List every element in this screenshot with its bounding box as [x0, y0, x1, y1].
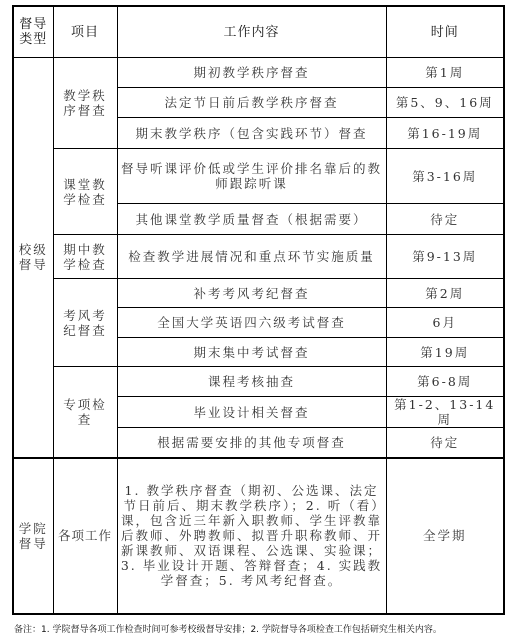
header-time: 时间: [386, 6, 504, 58]
content-cell: 课程考核抽查: [117, 367, 386, 397]
time-cell: 第16-19周: [386, 118, 504, 149]
content-cell: 全国大学英语四六级考试督查: [117, 308, 386, 338]
time-cell: 6月: [386, 308, 504, 338]
content-cell: 检查教学进展情况和重点环节实施质量: [117, 235, 386, 279]
content-cell: 1. 教学秩序督查（期初、公选课、法定节日前后、期末教学秩序）；2. 听（看）课…: [117, 458, 386, 614]
header-type: 督导类型: [13, 6, 53, 58]
time-cell: 第9-13周: [386, 235, 504, 279]
supervision-schedule-table: 督导类型 项目 工作内容 时间 校级督导 教学秩序督查 期初教学秩序督查 第1周…: [12, 5, 505, 615]
table-header-row: 督导类型 项目 工作内容 时间: [13, 6, 504, 58]
footnote: 备注：1. 学院督导各项工作检查时间可参考校级督导安排；2. 学院督导各项检查工…: [14, 622, 442, 635]
content-cell: 期初教学秩序督查: [117, 58, 386, 88]
time-cell: 第3-16周: [386, 149, 504, 204]
item-cell: 各项工作: [53, 458, 117, 614]
time-cell: 全学期: [386, 458, 504, 614]
college-type-cell: 学院督导: [13, 458, 53, 614]
time-cell: 待定: [386, 204, 504, 235]
time-cell: 第19周: [386, 338, 504, 367]
school-type-cell: 校级督导: [13, 58, 53, 458]
table-row: 期中教学检查 检查教学进展情况和重点环节实施质量 第9-13周: [13, 235, 504, 279]
header-content: 工作内容: [117, 6, 386, 58]
content-cell: 督导听课评价低或学生评价排名靠后的教师跟踪听课: [117, 149, 386, 204]
header-item: 项目: [53, 6, 117, 58]
table-row-college: 学院督导 各项工作 1. 教学秩序督查（期初、公选课、法定节日前后、期末教学秩序…: [13, 458, 504, 614]
content-cell: 其他课堂教学质量督查（根据需要）: [117, 204, 386, 235]
content-cell: 法定节日前后教学秩序督查: [117, 88, 386, 118]
table-row: 课堂教学检查 督导听课评价低或学生评价排名靠后的教师跟踪听课 第3-16周: [13, 149, 504, 204]
item-cell: 考风考纪督查: [53, 279, 117, 367]
time-cell: 第1周: [386, 58, 504, 88]
table-row: 专项检查 课程考核抽查 第6-8周: [13, 367, 504, 397]
content-cell: 根据需要安排的其他专项督查: [117, 428, 386, 458]
time-cell: 第2周: [386, 279, 504, 308]
content-cell: 期末集中考试督查: [117, 338, 386, 367]
content-cell: 期末教学秩序（包含实践环节）督查: [117, 118, 386, 149]
time-cell: 第5、9、16周: [386, 88, 504, 118]
content-cell: 毕业设计相关督查: [117, 397, 386, 428]
time-cell: 第6-8周: [386, 367, 504, 397]
item-cell: 教学秩序督查: [53, 58, 117, 149]
time-cell: 待定: [386, 428, 504, 458]
item-cell: 课堂教学检查: [53, 149, 117, 235]
content-cell: 补考考风考纪督查: [117, 279, 386, 308]
table-row: 校级督导 教学秩序督查 期初教学秩序督查 第1周: [13, 58, 504, 88]
item-cell: 专项检查: [53, 367, 117, 458]
time-cell: 第1-2、13-14周: [386, 397, 504, 428]
table-row: 考风考纪督查 补考考风考纪督查 第2周: [13, 279, 504, 308]
item-cell: 期中教学检查: [53, 235, 117, 279]
